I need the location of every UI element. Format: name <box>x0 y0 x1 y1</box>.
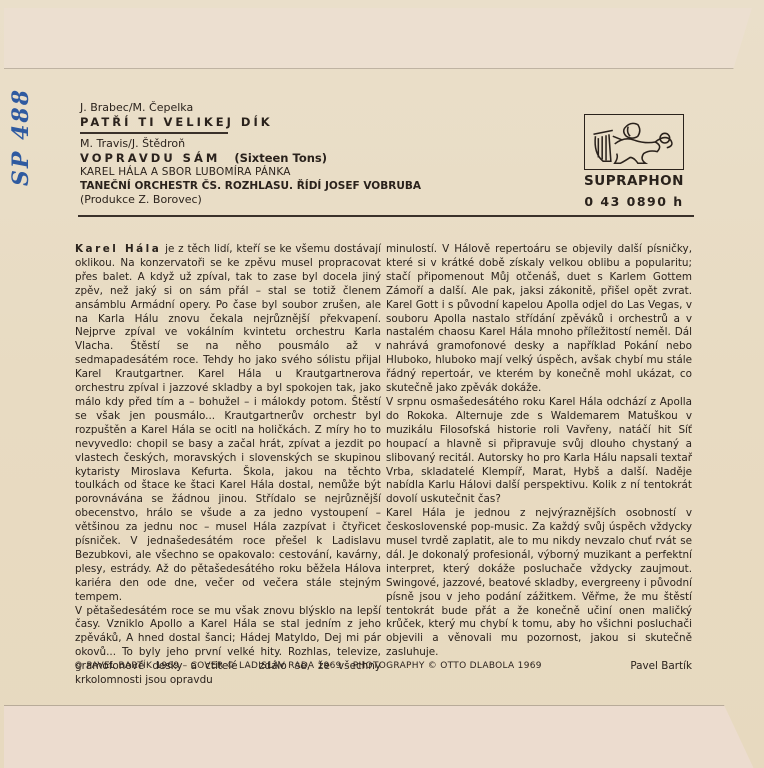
track-2-title-text: VOPRAVDU SÁM <box>80 151 220 165</box>
sleeve-bottom-flap <box>4 705 754 768</box>
sleeve-top-flap <box>4 8 752 69</box>
track-credits: J. Brabec/M. Čepelka PATŘÍ TI VELIKEJ DÍ… <box>80 101 500 207</box>
record-sleeve-back: SP 488 J. Brabec/M. Čepelka PATŘÍ TI VEL… <box>0 0 764 768</box>
liner-notes-left-column: Karel Hála je z těch lidí, kteří se ke v… <box>75 243 381 688</box>
liner-paragraph: Karel Hála je z těch lidí, kteří se ke v… <box>75 243 381 605</box>
track-2-title: VOPRAVDU SÁM (Sixteen Tons) <box>80 151 500 165</box>
track-1-authors: J. Brabec/M. Čepelka <box>80 101 500 115</box>
header-divider <box>78 215 694 217</box>
catalog-number: 0 43 0890 h <box>578 194 690 209</box>
track-2-subtitle: (Sixteen Tons) <box>234 151 327 165</box>
performers: KAREL HÁLA A SBOR LUBOMÍRA PÁNKA <box>80 165 500 179</box>
supraphon-logo-icon <box>584 114 684 170</box>
copyright-credits: © PAVEL BARTÍK 1969 – COVER © LADISLAV R… <box>74 661 542 671</box>
liner-paragraph: V pětašedesátém roce se mu však znovu bl… <box>75 605 381 688</box>
liner-notes-right-column: minulostí. V Hálově repertoáru se objevi… <box>386 243 692 674</box>
liner-text: je z těch lidí, kteří se ke všemu dostáv… <box>75 243 381 603</box>
producer: (Produkce Z. Borovec) <box>80 193 500 207</box>
label-name: SUPRAPHON <box>578 173 690 189</box>
handwritten-catalog-note: SP 488 <box>8 86 48 186</box>
track-1-title: PATŘÍ TI VELIKEJ DÍK <box>80 115 500 129</box>
liner-paragraph: V srpnu osmašedesátého roku Karel Hála o… <box>386 396 692 507</box>
lead-name: Karel Hála <box>75 243 161 255</box>
orchestra: TANEČNÍ ORCHESTR ČS. ROZHLASU. ŘÍDÍ JOSE… <box>80 179 500 193</box>
track-divider <box>80 132 228 134</box>
liner-paragraph: minulostí. V Hálově repertoáru se objevi… <box>386 243 692 396</box>
liner-paragraph: Karel Hála je jednou z nejvýraznějších o… <box>386 507 692 660</box>
track-2-authors: M. Travis/J. Štědroň <box>80 137 500 151</box>
